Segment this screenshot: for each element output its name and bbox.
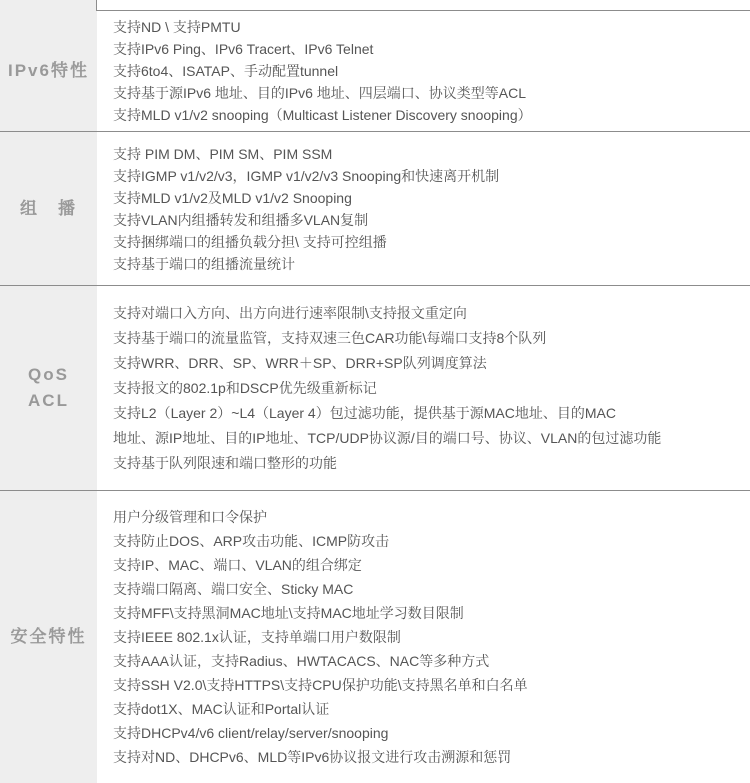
spec-table: IPv6特性支持ND \ 支持PMTU支持IPv6 Ping、IPv6 Trac… (0, 0, 750, 783)
spec-line: 支持端口隔离、端口安全、Sticky MAC (113, 577, 750, 601)
row-content-multicast: 支持 PIM DM、PIM SM、PIM SSM支持IGMP v1/v2/v3，… (97, 132, 750, 285)
top-partial-label-cell (0, 0, 97, 11)
spec-line: 支持WRR、DRR、SP、WRR＋SP、DRR+SP队列调度算法 (113, 351, 750, 376)
row-content-security: 用户分级管理和口令保护支持防止DOS、ARP攻击功能、ICMP防攻击支持IP、M… (97, 491, 750, 783)
spec-line: 地址、源IP地址、目的IP地址、TCP/UDP协议源/目的端口号、协议、VLAN… (113, 426, 750, 451)
spec-line: 支持dot1X、MAC认证和Portal认证 (113, 697, 750, 721)
row-content-qosacl: 支持对端口入方向、出方向进行速率限制\支持报文重定向支持基于端口的流量监管，支持… (97, 286, 750, 490)
spec-row-security: 安全特性用户分级管理和口令保护支持防止DOS、ARP攻击功能、ICMP防攻击支持… (0, 490, 750, 783)
spec-line: 支持基于端口的流量监管，支持双速三色CAR功能\每端口支持8个队列 (113, 326, 750, 351)
spec-line: 支持IP、MAC、端口、VLAN的组合绑定 (113, 553, 750, 577)
spec-line: 支持L2（Layer 2）~L4（Layer 4）包过滤功能，提供基于源MAC地… (113, 401, 750, 426)
row-label-ipv6: IPv6特性 (0, 11, 97, 131)
spec-row-multicast: 组 播支持 PIM DM、PIM SM、PIM SSM支持IGMP v1/v2/… (0, 131, 750, 285)
spec-line: 支持对ND、DHCPv6、MLD等IPv6协议报文进行攻击溯源和惩罚 (113, 745, 750, 769)
spec-row-ipv6: IPv6特性支持ND \ 支持PMTU支持IPv6 Ping、IPv6 Trac… (0, 11, 750, 131)
spec-line: 支持6to4、ISATAP、手动配置tunnel (113, 60, 750, 82)
spec-line: 支持IGMP v1/v2/v3，IGMP v1/v2/v3 Snooping和快… (113, 165, 750, 187)
row-label-security: 安全特性 (0, 491, 97, 783)
row-label-text: ACL (28, 388, 69, 414)
spec-line: 支持IPv6 Ping、IPv6 Tracert、IPv6 Telnet (113, 38, 750, 60)
spec-line: 支持基于源IPv6 地址、目的IPv6 地址、四层端口、协议类型等ACL (113, 82, 750, 104)
spec-line: 支持对端口入方向、出方向进行速率限制\支持报文重定向 (113, 301, 750, 326)
spec-line: 支持VLAN内组播转发和组播多VLAN复制 (113, 209, 750, 231)
spec-line: 支持MLD v1/v2及MLD v1/v2 Snooping (113, 187, 750, 209)
spec-line: 支持MLD v1/v2 snooping（Multicast Listener … (113, 104, 750, 126)
spec-row-qosacl: QoSACL支持对端口入方向、出方向进行速率限制\支持报文重定向支持基于端口的流… (0, 285, 750, 490)
spec-line: 支持SSH V2.0\支持HTTPS\支持CPU保护功能\支持黑名单和白名单 (113, 673, 750, 697)
spec-line: 支持AAA认证，支持Radius、HWTACACS、NAC等多种方式 (113, 649, 750, 673)
spec-line: 支持报文的802.1p和DSCP优先级重新标记 (113, 376, 750, 401)
spec-line: 支持ND \ 支持PMTU (113, 16, 750, 38)
row-label-text: QoS (28, 362, 69, 388)
row-label-text: 组 播 (20, 196, 77, 222)
spec-line: 支持基于端口的组播流量统计 (113, 253, 750, 275)
spec-line: 支持DHCPv4/v6 client/relay/server/snooping (113, 721, 750, 745)
row-label-text: 安全特性 (11, 624, 87, 650)
top-partial-row (0, 0, 750, 11)
top-partial-content-cell (97, 0, 750, 11)
spec-line: 支持防止DOS、ARP攻击功能、ICMP防攻击 (113, 529, 750, 553)
spec-line: 支持MFF\支持黑洞MAC地址\支持MAC地址学习数目限制 (113, 601, 750, 625)
row-label-qosacl: QoSACL (0, 286, 97, 490)
spec-line: 用户分级管理和口令保护 (113, 505, 750, 529)
row-content-ipv6: 支持ND \ 支持PMTU支持IPv6 Ping、IPv6 Tracert、IP… (97, 11, 750, 131)
spec-line: 支持捆绑端口的组播负载分担\ 支持可控组播 (113, 231, 750, 253)
spec-line: 支持基于队列限速和端口整形的功能 (113, 451, 750, 476)
spec-line: 支持IEEE 802.1x认证，支持单端口用户数限制 (113, 625, 750, 649)
row-label-multicast: 组 播 (0, 132, 97, 285)
row-label-text: IPv6特性 (8, 58, 89, 84)
spec-line: 支持 PIM DM、PIM SM、PIM SSM (113, 143, 750, 165)
